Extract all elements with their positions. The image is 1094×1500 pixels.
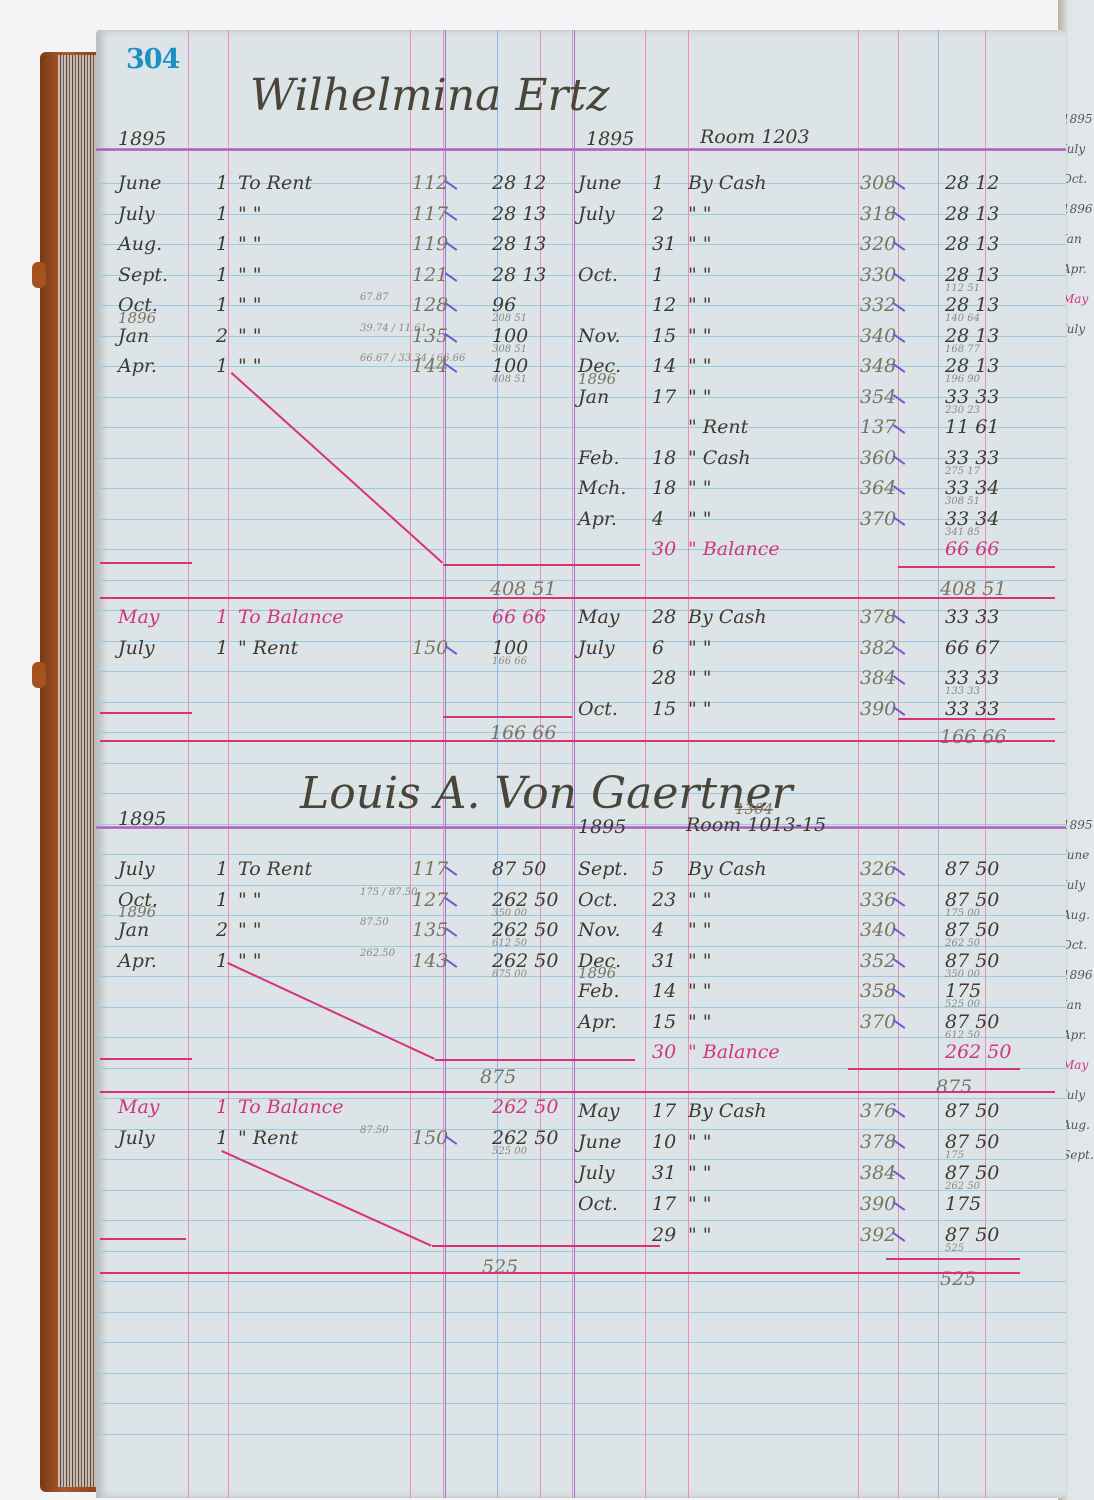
total-rule (435, 1059, 635, 1061)
entry-folio: 384 (860, 1162, 896, 1184)
entry-day: 1 (216, 1096, 228, 1118)
entry-month: Oct. (578, 264, 618, 286)
entry-description: " " (688, 203, 712, 225)
closing-rule (100, 740, 1055, 742)
entry-month: Nov. (578, 919, 621, 941)
running-total: 875 00 (492, 969, 527, 980)
entry-day: 30 (652, 1041, 676, 1063)
entry-month: Sept. (578, 858, 628, 880)
entry-day: 5 (652, 858, 664, 880)
entry-description: " " (238, 264, 262, 286)
next-page-entry: 1896 (1062, 202, 1093, 216)
next-page-entry: June (1062, 848, 1089, 862)
entry-month: May (118, 1096, 160, 1118)
entry-month: Oct. (578, 1193, 618, 1215)
entry-day: 1 (216, 858, 228, 880)
closing-rule (100, 1272, 1020, 1274)
entry-day: 30 (652, 538, 676, 560)
entry-folio: 382 (860, 637, 896, 659)
running-total: 262 50 (945, 938, 980, 949)
entry-description: " " (238, 355, 262, 377)
running-total: 525 (945, 1243, 964, 1254)
ruled-line (96, 1403, 1066, 1404)
entry-day: 1 (216, 637, 228, 659)
running-total: 350 00 (945, 969, 980, 980)
ruled-line (96, 1342, 1066, 1343)
entry-day: 28 (652, 606, 676, 628)
entry-amount: 87 50 (945, 1100, 999, 1122)
entry-month: May (578, 1100, 620, 1122)
ruled-line (96, 580, 1066, 581)
total-rule (432, 1245, 660, 1247)
entry-day: 17 (652, 1193, 676, 1215)
running-total: 133 33 (945, 686, 980, 697)
next-page-entry: Aug. (1062, 1118, 1090, 1132)
running-total: 341 85 (945, 527, 980, 538)
ruled-line (96, 1037, 1066, 1038)
account-name: Louis A. Von Gaertner (300, 768, 793, 819)
running-total: 175 00 (945, 908, 980, 919)
entry-month: July (578, 637, 615, 659)
entry-description: By Cash (688, 172, 767, 194)
column-rule (645, 30, 646, 1498)
running-total: 262 50 (945, 1181, 980, 1192)
running-total: 175 (945, 1150, 964, 1161)
entry-month: July (578, 203, 615, 225)
entry-day: 17 (652, 386, 676, 408)
entry-description: " Rent (238, 1127, 298, 1149)
entry-description: " " (688, 919, 712, 941)
running-total: 196 90 (945, 374, 980, 385)
entry-description: " " (688, 1162, 712, 1184)
debit-year: 1895 (118, 128, 166, 150)
entry-month: May (118, 606, 160, 628)
entry-folio: 127 (412, 889, 448, 911)
total-rule (100, 562, 192, 564)
entry-day: 4 (652, 508, 664, 530)
total-rule (443, 716, 572, 718)
total-rule (898, 718, 1055, 720)
entry-folio: 326 (860, 858, 896, 880)
total-rule (898, 566, 1055, 568)
entry-amount: 262 50 (492, 1096, 558, 1118)
entry-description: " Balance (688, 1041, 780, 1063)
entry-month: Feb. (578, 980, 620, 1002)
entry-day: 1 (216, 606, 228, 628)
entry-description: " " (688, 386, 712, 408)
entry-folio: 390 (860, 698, 896, 720)
column-rule (938, 30, 939, 1498)
diagonal-closing-line (221, 1150, 432, 1246)
credit-year: 1895 (586, 128, 634, 150)
total-rule (886, 1258, 1020, 1260)
entry-folio: 354 (860, 386, 896, 408)
entry-description: " " (688, 950, 712, 972)
header-rule (96, 148, 1066, 151)
credit-total: 166 66 (940, 726, 1006, 748)
entry-description: " " (688, 477, 712, 499)
entry-amount: 66 67 (945, 637, 999, 659)
debit-total: 525 (482, 1256, 518, 1278)
entry-month: Sept. (118, 264, 168, 286)
entry-month: Apr. (118, 950, 157, 972)
entry-description: " Cash (688, 447, 751, 469)
ruled-line (96, 946, 1066, 947)
entry-folio: 390 (860, 1193, 896, 1215)
ruled-line (96, 427, 1066, 428)
ruled-line (96, 549, 1066, 550)
ledger-page: 304 Wilhelmina Ertz18951895Room 1203June… (96, 30, 1066, 1498)
entry-description: " Rent (238, 637, 298, 659)
entry-description: " " (688, 233, 712, 255)
entry-month: June (578, 1131, 621, 1153)
column-rule (898, 30, 899, 1498)
entry-day: 18 (652, 477, 676, 499)
entry-amount: 28 13 (492, 203, 546, 225)
pencil-side-note: 262.50 (360, 948, 395, 959)
entry-description: " " (688, 1131, 712, 1153)
entry-folio: 352 (860, 950, 896, 972)
entry-month: Oct. (578, 889, 618, 911)
entry-month: July (118, 1127, 155, 1149)
entry-folio: 332 (860, 294, 896, 316)
running-total: 308 51 (945, 496, 980, 507)
entry-month: July (578, 1162, 615, 1184)
ruled-line (96, 671, 1066, 672)
entry-month: June (118, 172, 161, 194)
entry-day: 15 (652, 698, 676, 720)
entry-description: " " (688, 1193, 712, 1215)
entry-day: 1 (216, 172, 228, 194)
entry-description: " " (688, 294, 712, 316)
entry-folio: 112 (412, 172, 448, 194)
pencil-side-note: 175 / 87.50 (360, 887, 417, 898)
next-page-entry: 1895 (1062, 818, 1093, 832)
entry-day: 14 (652, 355, 676, 377)
entry-folio: 376 (860, 1100, 896, 1122)
balance-rule (100, 597, 1055, 599)
entry-folio: 370 (860, 1011, 896, 1033)
cover-tab (32, 262, 46, 288)
entry-day: 1 (216, 233, 228, 255)
entry-day: 1 (652, 264, 664, 286)
running-total: 208 51 (492, 313, 527, 324)
running-total: 525 00 (945, 999, 980, 1010)
entry-month: Jan (578, 386, 609, 408)
entry-folio: 384 (860, 667, 896, 689)
running-total: 308 51 (492, 344, 527, 355)
entry-folio: 330 (860, 264, 896, 286)
entry-folio: 370 (860, 508, 896, 530)
entry-description: " " (238, 203, 262, 225)
entry-day: 17 (652, 1100, 676, 1122)
entry-description: By Cash (688, 606, 767, 628)
entry-description: By Cash (688, 858, 767, 880)
entry-folio: 378 (860, 1131, 896, 1153)
entry-description: " " (688, 1011, 712, 1033)
column-rule (572, 30, 575, 1498)
entry-description: " " (238, 889, 262, 911)
page-stack (58, 55, 98, 1487)
entry-amount: 87 50 (492, 858, 546, 880)
running-total: 612 50 (945, 1030, 980, 1041)
ruled-line (96, 885, 1066, 886)
running-total: 525 00 (492, 1146, 527, 1157)
entry-folio: 340 (860, 919, 896, 941)
running-total: 612 50 (492, 938, 527, 949)
entry-amount: 28 13 (945, 233, 999, 255)
entry-amount: 175 (945, 1193, 981, 1215)
entry-description: To Rent (238, 172, 312, 194)
entry-day: 31 (652, 950, 676, 972)
running-total: 166 66 (492, 656, 527, 667)
entry-day: 23 (652, 889, 676, 911)
entry-day: 1 (216, 264, 228, 286)
entry-folio: 340 (860, 325, 896, 347)
next-page-entry: Sept. (1062, 1148, 1094, 1162)
total-rule (100, 712, 192, 714)
entry-folio: 135 (412, 325, 448, 347)
column-rule (188, 30, 189, 1498)
entry-description: " " (238, 233, 262, 255)
ruled-line (96, 1007, 1066, 1008)
entry-folio: 358 (860, 980, 896, 1002)
page-number: 304 (126, 44, 179, 75)
entry-folio: 378 (860, 606, 896, 628)
entry-amount: 33 33 (945, 606, 999, 628)
entry-month: Apr. (578, 508, 617, 530)
entry-amount: 66 66 (945, 538, 999, 560)
entry-month: July (118, 203, 155, 225)
credit-year: 1895 (578, 816, 626, 838)
entry-folio: 143 (412, 950, 448, 972)
entry-folio: 137 (860, 416, 896, 438)
ruled-line (96, 1281, 1066, 1282)
debit-year: 1895 (118, 808, 166, 830)
entry-description: " " (688, 667, 712, 689)
entry-description: " " (688, 980, 712, 1002)
entry-day: 2 (216, 325, 228, 347)
entry-folio: 364 (860, 477, 896, 499)
entry-folio: 308 (860, 172, 896, 194)
cover-tab (32, 662, 46, 688)
entry-amount: 28 13 (492, 264, 546, 286)
entry-description: " " (688, 508, 712, 530)
entry-day: 4 (652, 919, 664, 941)
total-rule (848, 1068, 1020, 1070)
entry-description: To Balance (238, 1096, 344, 1118)
entry-folio: 360 (860, 447, 896, 469)
entry-description: " " (688, 889, 712, 911)
ruled-line (96, 1220, 1066, 1221)
ruled-line (96, 854, 1066, 855)
entry-description: " " (688, 325, 712, 347)
entry-description: To Balance (238, 606, 344, 628)
entry-amount: 28 12 (945, 172, 999, 194)
entry-day: 1 (216, 950, 228, 972)
entry-amount: 262 50 (945, 1041, 1011, 1063)
diagonal-closing-line (231, 372, 443, 563)
entry-day: 15 (652, 325, 676, 347)
entry-day: 1 (216, 294, 228, 316)
ruled-line (96, 732, 1066, 733)
pencil-side-note: 67.87 (360, 292, 389, 303)
entry-day: 1 (216, 355, 228, 377)
entry-folio: 117 (412, 858, 448, 880)
entry-folio: 348 (860, 355, 896, 377)
entry-folio: 320 (860, 233, 896, 255)
entry-description: " " (688, 1224, 712, 1246)
account-name: Wilhelmina Ertz (250, 70, 609, 121)
entry-description: " " (238, 294, 262, 316)
ruled-line (96, 1312, 1066, 1313)
entry-description: By Cash (688, 1100, 767, 1122)
entry-amount: 28 13 (492, 233, 546, 255)
entry-description: " " (688, 264, 712, 286)
ruled-line (96, 1251, 1066, 1252)
total-rule (443, 564, 640, 566)
entry-day: 15 (652, 1011, 676, 1033)
entry-day: 28 (652, 667, 676, 689)
entry-amount: 33 33 (945, 698, 999, 720)
entry-month: Nov. (578, 325, 621, 347)
running-total: 408 51 (492, 374, 527, 385)
entry-day: 10 (652, 1131, 676, 1153)
ruled-line (96, 763, 1066, 764)
running-total: 168 77 (945, 344, 980, 355)
entry-month: Jan (118, 325, 149, 347)
entry-day: 12 (652, 294, 676, 316)
entry-day: 29 (652, 1224, 676, 1246)
entry-day: 1 (216, 203, 228, 225)
entry-amount: 28 13 (945, 203, 999, 225)
entry-description: To Rent (238, 858, 312, 880)
entry-month: July (118, 637, 155, 659)
entry-folio: 117 (412, 203, 448, 225)
next-page-entry: 1895 (1062, 112, 1093, 126)
entry-folio: 121 (412, 264, 448, 286)
debit-total: 875 (480, 1066, 516, 1088)
pencil-side-note: 87.50 (360, 1125, 389, 1136)
total-rule (100, 1058, 192, 1060)
ruled-line (96, 1373, 1066, 1374)
entry-day: 18 (652, 447, 676, 469)
total-rule (100, 1238, 186, 1240)
ruled-line (96, 915, 1066, 916)
entry-description: " " (238, 325, 262, 347)
ruled-line (96, 1434, 1066, 1435)
running-total: 275 17 (945, 466, 980, 477)
entry-folio: 336 (860, 889, 896, 911)
entry-day: 14 (652, 980, 676, 1002)
next-page-entry: Aug. (1062, 908, 1090, 922)
entry-amount: 28 12 (492, 172, 546, 194)
entry-day: 2 (652, 203, 664, 225)
entry-folio: 135 (412, 919, 448, 941)
entry-amount: 11 61 (945, 416, 999, 438)
entry-description: " " (688, 637, 712, 659)
entry-folio: 144 (412, 355, 448, 377)
next-page-entry: 1896 (1062, 968, 1093, 982)
entry-day: 2 (216, 919, 228, 941)
entry-day: 1 (652, 172, 664, 194)
struck-room-number: 1304 (735, 800, 773, 818)
entry-folio: 150 (412, 637, 448, 659)
entry-amount: 66 66 (492, 606, 546, 628)
column-rule (858, 30, 859, 1498)
entry-month: June (578, 172, 621, 194)
entry-month: Oct. (578, 698, 618, 720)
entry-folio: 318 (860, 203, 896, 225)
entry-month: Feb. (578, 447, 620, 469)
entry-folio: 119 (412, 233, 448, 255)
entry-day: 1 (216, 1127, 228, 1149)
balance-rule (100, 1091, 1055, 1093)
entry-day: 6 (652, 637, 664, 659)
running-total: 230 23 (945, 405, 980, 416)
entry-description: " Rent (688, 416, 748, 438)
entry-month: Aug. (118, 233, 162, 255)
credit-total: 875 (936, 1076, 972, 1098)
entry-folio: 150 (412, 1127, 448, 1149)
entry-folio: 128 (412, 294, 448, 316)
ruled-line (96, 1190, 1066, 1191)
entry-day: 31 (652, 233, 676, 255)
entry-amount: 87 50 (945, 858, 999, 880)
entry-description: " " (688, 355, 712, 377)
running-total: 350 00 (492, 908, 527, 919)
room-number: Room 1203 (700, 126, 810, 148)
pencil-side-note: 87.50 (360, 917, 389, 928)
entry-day: 1 (216, 889, 228, 911)
running-total: 140 64 (945, 313, 980, 324)
column-rule (410, 30, 411, 1498)
entry-month: Apr. (118, 355, 157, 377)
running-total: 112 51 (945, 283, 980, 294)
entry-description: " " (238, 919, 262, 941)
entry-month: Jan (118, 919, 149, 941)
entry-month: July (118, 858, 155, 880)
entry-month: Apr. (578, 1011, 617, 1033)
entry-month: May (578, 606, 620, 628)
column-rule (228, 30, 229, 1498)
entry-day: 31 (652, 1162, 676, 1184)
entry-folio: 392 (860, 1224, 896, 1246)
entry-description: " " (688, 698, 712, 720)
entry-month: Mch. (578, 477, 626, 499)
entry-description: " Balance (688, 538, 780, 560)
